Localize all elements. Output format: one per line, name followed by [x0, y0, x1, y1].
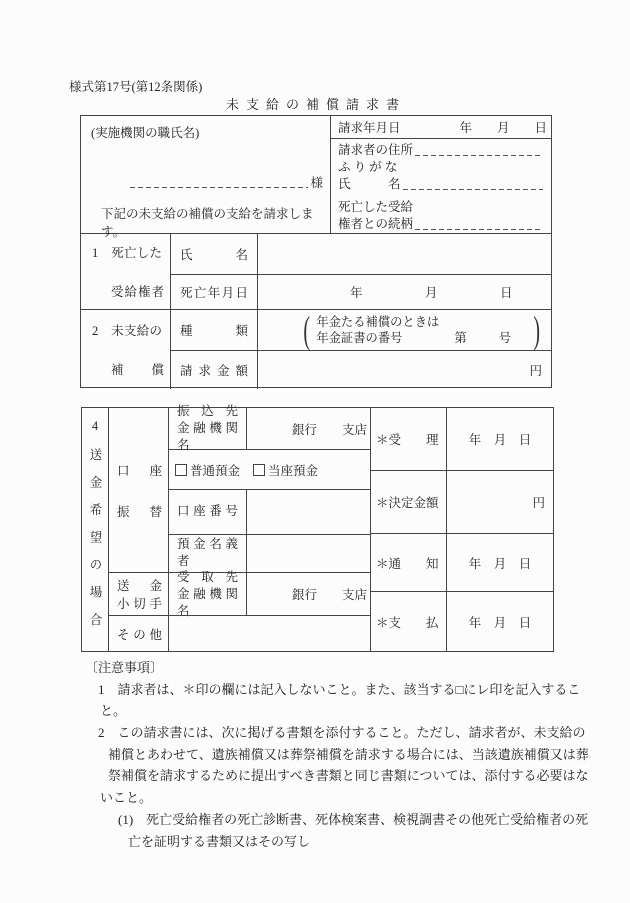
transfer-bank-row: 振込先 金融機関名 銀行 支店 [169, 408, 370, 449]
admin-receipt-label: ＊受 理 [371, 408, 447, 470]
section-deceased: 1 死亡した 受給権者 氏名 死亡年月日 年 月 日 [81, 233, 551, 309]
compensation-type-field: ( 年金たる補償のときは 年金証書の番号 第 号 ) [258, 310, 551, 350]
claimant-address-line: 請求者の住所 [338, 142, 545, 159]
admin-notice-label: ＊通 知 [371, 534, 447, 592]
checkbox-icon[interactable] [175, 464, 187, 476]
remittance-check-label-1: 送金 [109, 576, 168, 594]
transfer-bank-label-1: 振込先 [169, 403, 246, 420]
admin-amount-value: 円 [447, 471, 553, 532]
claim-date-label: 請求年月日 [331, 118, 401, 136]
check-bank-label-cell: 受取先 金融機関名 [169, 573, 247, 615]
transfer-bank-label-cell: 振込先 金融機関名 [169, 408, 247, 449]
claim-amount-field: 円 [258, 351, 551, 389]
holder-label: 預金名義者 [169, 536, 246, 570]
note-line: と。 [82, 700, 560, 722]
account-transfer-label-1: 口座 [109, 461, 168, 479]
deceased-name-label: 氏名 [180, 245, 248, 263]
remittance-table: 4送金希望の場合 口座 振替 振込先 金融機関名 銀行 支店 [81, 407, 554, 652]
admin-notice-value: 年 月 日 [447, 534, 553, 592]
form-number: 様式第17号(第12条関係) [69, 77, 202, 95]
admin-receipt-row: ＊受 理 年 月 日 [371, 408, 553, 470]
admin-amount-label: ＊決定金額 [371, 471, 447, 532]
note-line: 祭補償を請求するために提出すべき書類と同じ書類については、添付する必要はな [82, 765, 560, 787]
claimant-column: 請求年月日 年 月 日 請求者の住所 ふ り が な 氏 名 [331, 116, 551, 233]
remittance-side-label: 4送金希望の場合 [86, 408, 104, 651]
request-statement: 下記の未支給の補償の支給を請求します。 [81, 204, 330, 240]
claimant-address-blank [415, 155, 543, 156]
holder-field [247, 535, 370, 572]
section-unpaid-label: 2 未支給の 補償 [81, 310, 171, 389]
check-bank-label-1: 受取先 [169, 569, 246, 586]
deposit-type-row: 普通預金 当座預金 [169, 449, 370, 489]
other-label: その他 [109, 625, 168, 643]
account-transfer-group: 口座 振替 振込先 金融機関名 銀行 支店 普通預金 [109, 408, 370, 572]
agency-cell: (実施機関の職氏名) 様 下記の未支給の補償の支給を請求します。 [81, 116, 331, 233]
section-unpaid: 2 未支給の 補償 種類 ( 年金たる補償のときは 年金証書の番号 第 [81, 309, 551, 389]
claim-date-value: 年 月 日 [459, 118, 551, 136]
claim-table: (実施機関の職氏名) 様 下記の未支給の補償の支給を請求します。 請求年月日 年… [80, 115, 552, 388]
current-deposit-label: 当座預金 [268, 461, 318, 479]
relation-line-1: 死亡した受給 [338, 199, 545, 216]
claim-amount-label-cell: 請求金額 [171, 351, 258, 389]
compensation-type-label: 種類 [180, 321, 248, 339]
open-paren-glyph: ( [303, 311, 310, 349]
claimant-cell: 請求者の住所 ふ り が な 氏 名 死亡した受給 権者との続柄 [331, 139, 551, 233]
note-line: 1 請求者は、＊印の欄には記入しないこと。また、該当する□にレ印を記入するこ [82, 679, 560, 701]
other-field [169, 616, 370, 651]
form-title: 未支給の補償請求書 [80, 94, 552, 113]
addressee-line: 様 [81, 174, 330, 191]
section-deceased-title-1: 1 死亡した [81, 243, 170, 261]
account-number-row: 口座番号 [169, 489, 370, 533]
pension-cert-no-suffix: 号 [499, 330, 511, 346]
relation-line-2: 権者との続柄 [338, 216, 545, 233]
transfer-bank-field: 銀行 支店 [247, 408, 370, 449]
section-unpaid-title-2: 補償 [81, 360, 170, 378]
admin-payment-label: ＊支 払 [371, 592, 447, 651]
checkbox-ordinary-deposit[interactable]: 普通預金 [175, 461, 240, 479]
death-date-row: 死亡年月日 年 月 日 [171, 274, 551, 309]
pension-cert-no-prefix: 第 [454, 330, 466, 346]
account-transfer-label-2: 振替 [109, 502, 168, 520]
pension-note-line-2: 年金証書の番号 第 号 [316, 330, 528, 346]
admin-amount-row: ＊決定金額 円 [371, 470, 553, 532]
remittance-check-label-2: 小切手 [109, 594, 168, 612]
relation-label-2: 権者との続柄 [338, 216, 413, 233]
section-deceased-label: 1 死亡した 受給権者 [81, 234, 171, 309]
relation-label-1: 死亡した受給 [338, 199, 413, 216]
admin-payment-row: ＊支 払 年 月 日 [371, 591, 553, 651]
relation-blank [415, 229, 543, 230]
close-paren-glyph: ) [534, 311, 541, 349]
note-line: いこと。 [82, 787, 560, 809]
other-label-cell: その他 [109, 616, 169, 651]
note-line: (1) 死亡受給権者の死亡診断書、死体検案書、検視調書その他死亡受給権者の死 [82, 809, 560, 831]
death-date-label: 死亡年月日 [180, 283, 248, 301]
account-transfer-label-cell: 口座 振替 [109, 408, 169, 572]
account-number-field [247, 490, 370, 533]
account-number-label-cell: 口座番号 [169, 490, 247, 533]
notes-section: 〔注意事項〕 1 請求者は、＊印の欄には記入しないこと。また、該当する□にレ印を… [82, 657, 560, 852]
death-date-field: 年 月 日 [258, 275, 551, 309]
remittance-detail-column: 口座 振替 振込先 金融機関名 銀行 支店 普通預金 [109, 408, 371, 651]
holder-label-cell: 預金名義者 [169, 535, 247, 572]
remittance-check-group: 送金 小切手 受取先 金融機関名 銀行 支店 [109, 572, 370, 615]
claim-amount-row: 請求金額 円 [171, 350, 551, 389]
form-page: 様式第17号(第12条関係) 未支給の補償請求書 (実施機関の職氏名) 様 下記… [0, 0, 630, 903]
claimant-name-label: 氏 名 [338, 176, 401, 193]
pension-cert-label: 年金証書の番号 [316, 330, 402, 346]
remittance-side-label-cell: 4送金希望の場合 [82, 408, 109, 651]
note-line: 亡を証明する書類又はその写し [82, 831, 560, 853]
admin-payment-value: 年 月 日 [447, 592, 553, 651]
holder-row: 預金名義者 [169, 534, 370, 572]
notes-heading: 〔注意事項〕 [82, 657, 560, 679]
ordinary-deposit-label: 普通預金 [190, 461, 240, 479]
compensation-type-label-cell: 種類 [171, 310, 258, 350]
other-group: その他 [109, 615, 370, 651]
account-number-label: 口座番号 [169, 503, 246, 520]
note-line: 2 この請求書には、次に掲げる書類を添付すること。ただし、請求者が、未支給の [82, 722, 560, 744]
claim-date-row: 請求年月日 年 月 日 [331, 116, 551, 139]
admin-column: ＊受 理 年 月 日 ＊決定金額 円 ＊通 知 年 月 日 ＊支 払 年 月 日 [371, 408, 553, 651]
claimant-name-line: 氏 名 [338, 176, 545, 193]
note-line: 補償とあわせて、遺族補償又は葬祭補償を請求する場合には、当該遺族補償又は葬 [82, 744, 560, 766]
claim-table-header-row: (実施機関の職氏名) 様 下記の未支給の補償の支給を請求します。 請求年月日 年… [81, 116, 551, 233]
claimant-name-blank [403, 189, 543, 190]
claim-amount-label: 請求金額 [180, 361, 248, 379]
pension-note: 年金たる補償のときは 年金証書の番号 第 号 [316, 314, 528, 346]
addressee-suffix: 様 [310, 173, 323, 191]
agency-label: (実施機関の職氏名) [81, 116, 330, 141]
claimant-furigana-label: ふ り が な [338, 159, 397, 176]
addressee-blank-line [130, 187, 308, 188]
section-deceased-title-2: 受給権者 [81, 282, 170, 300]
check-bank-field: 銀行 支店 [247, 573, 370, 615]
claimant-address-label: 請求者の住所 [338, 142, 413, 159]
section-unpaid-title-1: 2 未支給の [81, 321, 170, 339]
admin-receipt-value: 年 月 日 [447, 408, 553, 470]
checkbox-current-deposit[interactable]: 当座預金 [253, 461, 318, 479]
compensation-type-row: 種類 ( 年金たる補償のときは 年金証書の番号 第 号 ) [171, 310, 551, 350]
remittance-check-label-cell: 送金 小切手 [109, 573, 169, 615]
admin-notice-row: ＊通 知 年 月 日 [371, 533, 553, 592]
checkbox-icon[interactable] [253, 464, 265, 476]
claimant-furigana-line: ふ り が な [338, 159, 545, 176]
death-date-label-cell: 死亡年月日 [171, 275, 258, 309]
pension-note-line-1: 年金たる補償のときは [316, 314, 528, 330]
